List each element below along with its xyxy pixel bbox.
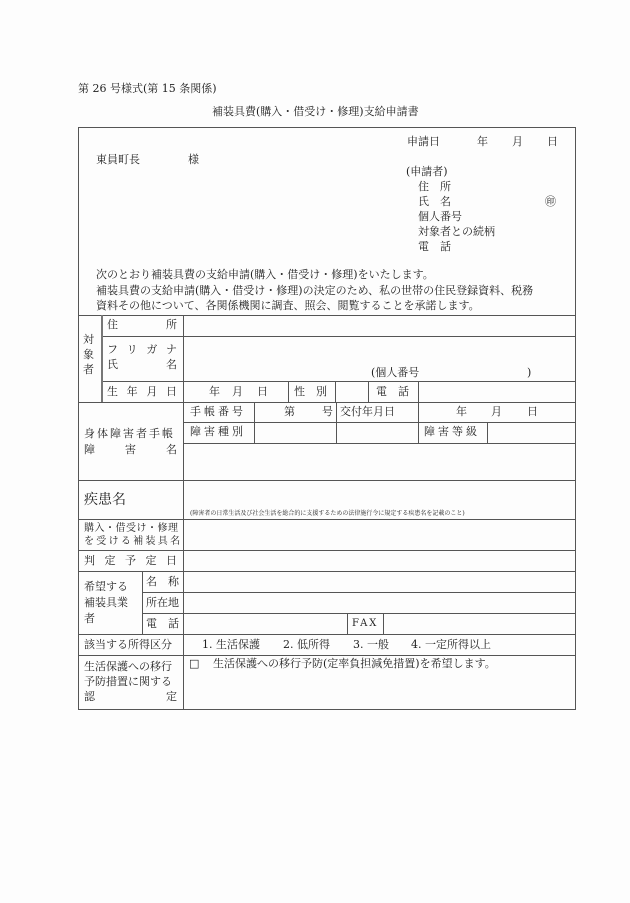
- vendor-group-label-3: 者: [84, 612, 95, 626]
- subject-group-label-1: 対: [83, 333, 94, 347]
- disability-type-label: 障害種別: [190, 425, 246, 439]
- vendor-group-label-1: 希望する: [84, 580, 128, 594]
- prevention-label-1: 生活保護への移行: [84, 660, 172, 674]
- fax-field[interactable]: [385, 615, 574, 633]
- judgement-date-field[interactable]: [185, 552, 574, 570]
- subject-group-label-2: 象: [83, 348, 94, 362]
- seal-icon: ㊞: [545, 195, 556, 209]
- income-option-1[interactable]: 1. 生活保護: [202, 638, 260, 652]
- statement-line-2: 補装具費の支給申請(購入・借受け・修理)の決定のため、私の世帯の住民登録資料、税…: [96, 284, 533, 298]
- form-number: 第 26 号様式(第 15 条関係): [78, 82, 217, 96]
- addressee: 東員町長: [96, 153, 140, 167]
- disease-field[interactable]: [185, 482, 574, 506]
- vendor-location-field[interactable]: [185, 594, 574, 612]
- issue-date-label: 交付年月日: [340, 405, 395, 419]
- applicant-address-label: 住 所: [418, 180, 451, 194]
- disability-type-field[interactable]: [256, 424, 417, 442]
- subject-phone-label: 電 話: [376, 385, 409, 399]
- honorific: 様: [188, 153, 199, 167]
- vendor-phone-label: 電 話: [146, 617, 179, 631]
- device-label-1: 購入・借受け・修理: [84, 522, 179, 535]
- disease-note: (障害者の日常生活及び社会生活を総合的に支援するための法律施行令に規定する疾患名…: [190, 510, 465, 518]
- subject-address-label: 住所: [107, 318, 177, 332]
- applicant-heading: (申請者): [406, 165, 448, 179]
- disability-name-label: 障害名: [84, 443, 177, 457]
- vendor-group-label-2: 補装具業: [84, 596, 128, 610]
- disability-grade-label: 障害等級: [424, 425, 480, 439]
- subject-my-number-label: (個人番号: [371, 366, 419, 380]
- prevention-label-2: 予防措置に関する: [84, 675, 172, 689]
- applicant-name-label: 氏 名: [418, 195, 451, 209]
- income-option-4[interactable]: 4. 一定所得以上: [411, 638, 491, 652]
- income-option-3[interactable]: 3. 一般: [353, 638, 389, 652]
- fax-label: FAX: [352, 617, 378, 630]
- statement-line-3: 資料その他について、各関係機関に調査、照会、閲覧することを承諾します。: [96, 299, 480, 313]
- disability-grade-field[interactable]: [489, 424, 574, 442]
- income-label: 該当する所得区分: [84, 638, 172, 652]
- handbook-number-label: 手帳番号: [190, 405, 246, 419]
- handbook-number-field[interactable]: [256, 404, 335, 421]
- subject-birthdate-label: 生年月日: [107, 385, 177, 399]
- statement-line-1: 次のとおり補装具費の支給申請(購入・借受け・修理)をいたします。: [96, 268, 434, 282]
- vendor-name-field[interactable]: [185, 573, 574, 591]
- device-label-2: を受ける補装具名: [84, 535, 182, 548]
- subject-my-number-field[interactable]: [430, 364, 522, 380]
- subject-furigana-label: フリガナ: [107, 343, 177, 357]
- disability-name-field[interactable]: [185, 445, 574, 479]
- prevention-checkbox[interactable]: □: [189, 657, 199, 671]
- vendor-name-label: 名 称: [146, 575, 179, 589]
- vendor-phone-field[interactable]: [185, 615, 346, 633]
- handbook-group-label: 身体障害者手帳: [84, 427, 175, 441]
- subject-group-label-3: 者: [83, 363, 94, 377]
- disease-label: 疾患名: [84, 492, 126, 508]
- vendor-location-label: 所在地: [146, 596, 179, 610]
- subject-phone-field[interactable]: [420, 383, 574, 401]
- applicant-relation-label: 対象者との続柄: [418, 225, 495, 239]
- subject-address-field[interactable]: [185, 317, 574, 335]
- income-option-2[interactable]: 2. 低所得: [283, 638, 330, 652]
- judgement-date-label: 判定予定日: [84, 554, 177, 568]
- prevention-label-3: 認定: [84, 690, 177, 704]
- device-name-field[interactable]: [185, 521, 574, 549]
- subject-name-field[interactable]: [185, 338, 574, 362]
- applicant-my-number-label: 個人番号: [418, 210, 462, 224]
- gender-label: 性 別: [294, 385, 327, 399]
- form-title: 補装具費(購入・借受け・修理)支給申請書: [212, 105, 419, 119]
- subject-name-label: 氏名: [107, 358, 177, 372]
- prevention-text: 生活保護への移行予防(定率負担減免措置)を希望します。: [213, 657, 496, 671]
- applicant-phone-label: 電 話: [418, 240, 451, 254]
- subject-my-number-close: ): [527, 366, 531, 380]
- gender-field[interactable]: [337, 383, 367, 401]
